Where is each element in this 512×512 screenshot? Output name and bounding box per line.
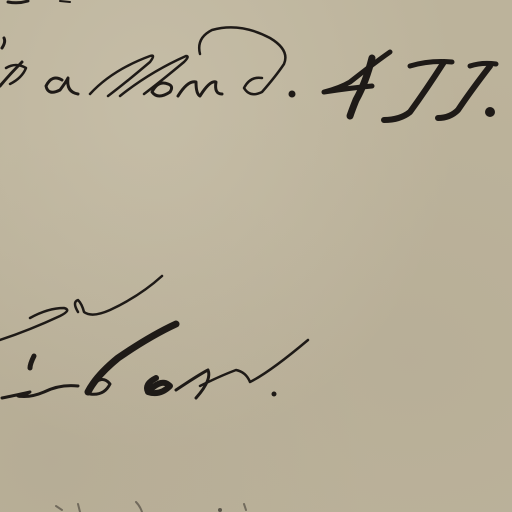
handwritten-line-2: …liber.: [0, 345, 157, 396]
handwritten-line-1: …kalland. 477.: [0, 60, 334, 111]
number-477: [324, 52, 496, 120]
manuscript-page: …kalland. 477. …liber.: [0, 0, 512, 512]
